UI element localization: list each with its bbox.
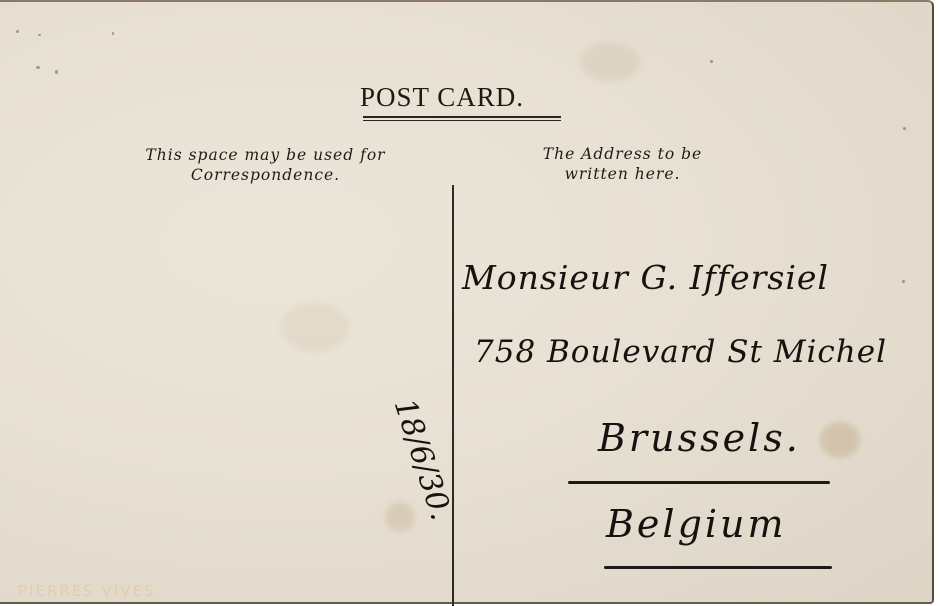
address-instruction-line2: written here. xyxy=(515,164,730,184)
paper-speck xyxy=(55,70,58,74)
paper-speck xyxy=(38,34,41,36)
correspondence-instruction-line2: Correspondence. xyxy=(118,165,413,185)
paper-speck xyxy=(902,280,905,283)
paper-speck xyxy=(112,32,114,35)
postcard-title: POST CARD. xyxy=(360,82,524,113)
center-divider xyxy=(452,185,454,606)
address-line-name: Monsieur G. Iffersiel xyxy=(462,258,829,297)
correspondence-instruction: This space may be used for Correspondenc… xyxy=(118,145,413,185)
paper-stain xyxy=(385,502,415,532)
paper-speck xyxy=(16,30,19,33)
country-underline xyxy=(604,566,832,569)
correspondence-instruction-line1: This space may be used for xyxy=(118,145,413,165)
paper-stain xyxy=(820,422,860,458)
paper-stain xyxy=(580,42,640,82)
address-line-city: Brussels. xyxy=(598,416,801,460)
title-underline xyxy=(363,116,561,118)
title-underline xyxy=(363,120,561,121)
postcard-back: POST CARD. This space may be used for Co… xyxy=(0,0,934,604)
paper-speck xyxy=(710,60,713,63)
city-underline xyxy=(568,481,830,484)
address-instruction-line1: The Address to be xyxy=(515,144,730,164)
address-line-street: 758 Boulevard St Michel xyxy=(474,334,887,370)
watermark: PIERRES VIVES xyxy=(18,582,156,600)
paper-speck xyxy=(36,66,40,69)
address-instruction: The Address to be written here. xyxy=(515,144,730,184)
address-line-country: Belgium xyxy=(606,502,787,546)
paper-speck xyxy=(903,127,906,130)
paper-stain xyxy=(280,302,350,352)
